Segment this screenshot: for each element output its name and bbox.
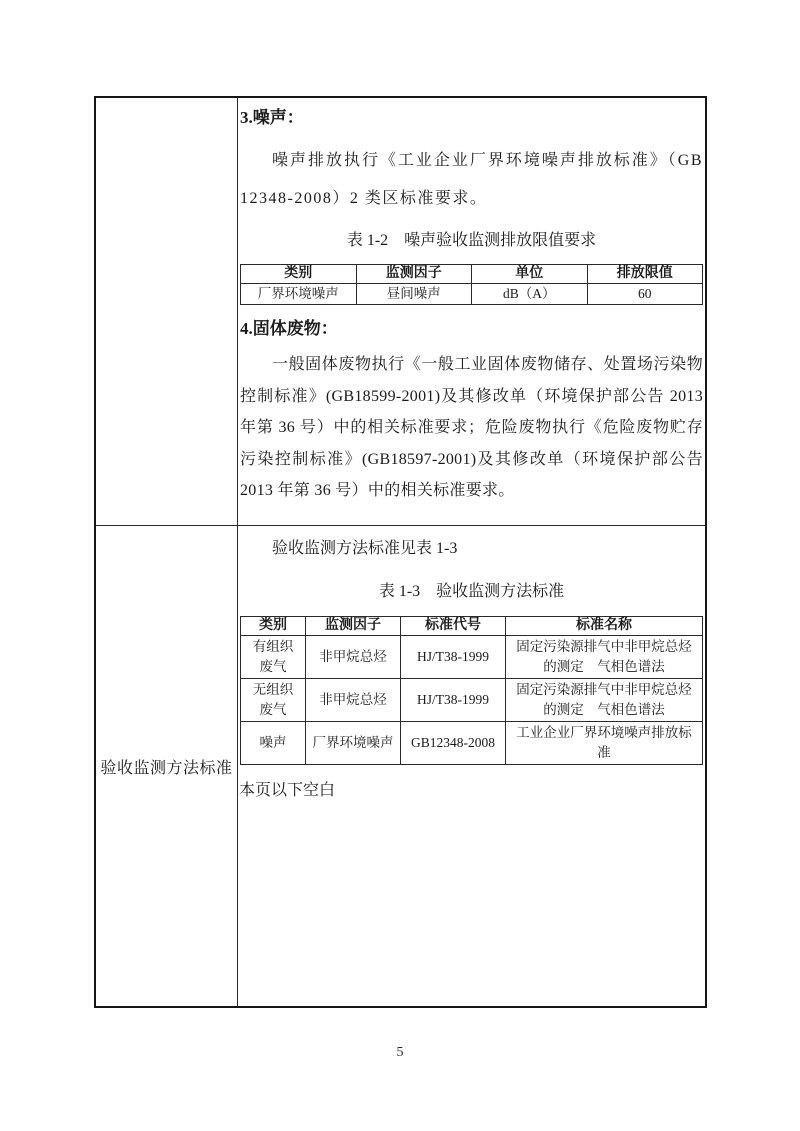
limit-cell-limit: 60	[587, 284, 703, 305]
method-content-cell: 验收监测方法标准见表 1-3 表 1-3 验收监测方法标准 类别 监测因子 标准…	[238, 526, 705, 1006]
limit-cell-unit: dB（A）	[472, 284, 588, 305]
method-cell-category: 噪声	[241, 722, 306, 765]
standards-content-cell: 3.噪声： 噪声排放执行《工业企业厂界环境噪声排放标准》（GB 12348-20…	[238, 98, 705, 526]
table-1-3-caption: 表 1-3 验收监测方法标准	[240, 581, 703, 603]
noise-section-heading: 3.噪声：	[240, 107, 703, 129]
table-row: 噪声 厂界环境噪声 GB12348-2008 工业企业厂界环境噪声排放标准	[241, 722, 703, 765]
method-cell-category: 无组织废气	[241, 679, 306, 722]
method-cell-name: 固定污染源排气中非甲烷总烃的测定 气相色谱法	[506, 636, 703, 679]
method-cell-code: GB12348-2008	[401, 722, 506, 765]
noise-limit-table: 类别 监测因子 单位 排放限值 厂界环境噪声 昼间噪声 dB（A） 60	[240, 264, 703, 305]
page-number: 5	[0, 1045, 800, 1061]
method-row-label: 验收监测方法标准	[100, 755, 232, 778]
table-1-2-caption: 表 1-2 噪声验收监测排放限值要求	[240, 230, 703, 252]
limit-header-category: 类别	[241, 265, 357, 284]
method-header-factor: 监测因子	[306, 617, 401, 636]
method-intro-line: 验收监测方法标准见表 1-3	[240, 538, 703, 559]
method-cell-factor: 非甲烷总烃	[306, 679, 401, 722]
limit-header-limit: 排放限值	[587, 265, 703, 284]
solid-waste-section-heading: 4.固体废物：	[240, 318, 703, 340]
method-header-category: 类别	[241, 617, 306, 636]
noise-paragraph: 噪声排放执行《工业企业厂界环境噪声排放标准》（GB 12348-2008）2 类…	[240, 142, 703, 218]
table-row: 厂界环境噪声 昼间噪声 dB（A） 60	[241, 284, 703, 305]
method-cell-code: HJ/T38-1999	[401, 636, 506, 679]
method-header-code: 标准代号	[401, 617, 506, 636]
method-cell-factor: 厂界环境噪声	[306, 722, 401, 765]
limit-cell-factor: 昼间噪声	[356, 284, 472, 305]
table-row: 无组织废气 非甲烷总烃 HJ/T38-1999 固定污染源排气中非甲烷总烃的测定…	[241, 679, 703, 722]
outer-form-table: 3.噪声： 噪声排放执行《工业企业厂界环境噪声排放标准》（GB 12348-20…	[94, 96, 707, 1008]
method-cell-factor: 非甲烷总烃	[306, 636, 401, 679]
method-cell-name: 固定污染源排气中非甲烷总烃的测定 气相色谱法	[506, 679, 703, 722]
limit-header-factor: 监测因子	[356, 265, 472, 284]
method-cell-code: HJ/T38-1999	[401, 679, 506, 722]
method-cell-category: 有组织废气	[241, 636, 306, 679]
method-header-name: 标准名称	[506, 617, 703, 636]
blank-below-note: 本页以下空白	[239, 780, 703, 801]
table-row: 有组织废气 非甲烷总烃 HJ/T38-1999 固定污染源排气中非甲烷总烃的测定…	[241, 636, 703, 679]
method-standard-table: 类别 监测因子 标准代号 标准名称 有组织废气 非甲烷总烃 HJ/T38-199…	[240, 616, 703, 765]
limit-cell-category: 厂界环境噪声	[241, 284, 357, 305]
limit-header-unit: 单位	[472, 265, 588, 284]
table-header-row: 类别 监测因子 标准代号 标准名称	[241, 617, 703, 636]
table-header-row: 类别 监测因子 单位 排放限值	[241, 265, 703, 284]
solid-waste-paragraph: 一般固体废物执行《一般工业固体废物储存、处置场污染物控制标准》(GB18599-…	[240, 349, 703, 507]
method-row-label-cell: 验收监测方法标准	[96, 526, 238, 1006]
row1-label-cell-empty	[96, 98, 238, 526]
document-page: { "page_number": "5", "sections": { "noi…	[0, 0, 800, 1131]
method-cell-name: 工业企业厂界环境噪声排放标准	[506, 722, 703, 765]
